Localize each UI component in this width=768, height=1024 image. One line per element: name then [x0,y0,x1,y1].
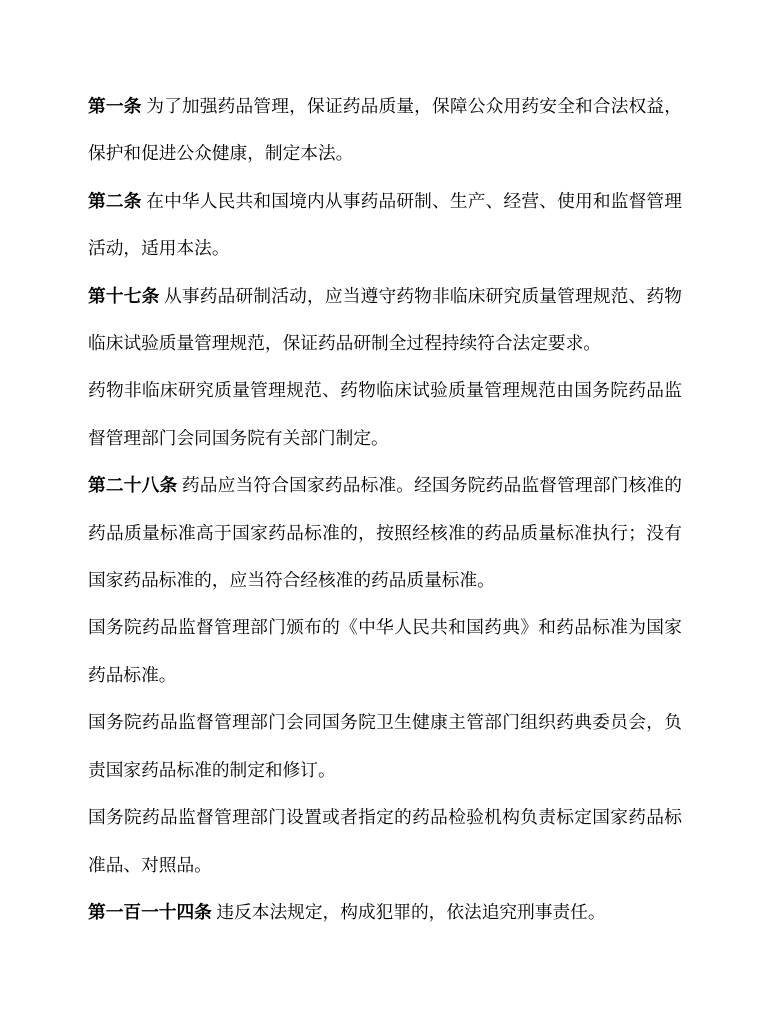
paragraph-text: 国务院药品监督管理部门设置或者指定的药品检验机构负责标定国家药品标准品、对照品。 [88,807,682,874]
law-paragraph: 第一条为了加强药品管理，保证药品质量，保障公众用药安全和合法权益，保护和促进公众… [88,83,682,178]
paragraph-text: 药品应当符合国家药品标准。经国务院药品监督管理部门核准的药品质量标准高于国家药品… [88,475,682,590]
article-number: 第一百一十四条 [88,902,212,922]
article-number: 第十七条 [88,286,159,306]
law-paragraph: 国务院药品监督管理部门会同国务院卫生健康主管部门组织药典委员会，负责国家药品标准… [88,699,682,794]
document-page: 第一条为了加强药品管理，保证药品质量，保障公众用药安全和合法权益，保护和促进公众… [0,0,768,1024]
paragraph-text: 在中华人民共和国境内从事药品研制、生产、经营、使用和监督管理活动，适用本法。 [88,191,682,258]
law-paragraph: 国务院药品监督管理部门设置或者指定的药品检验机构负责标定国家药品标准品、对照品。 [88,794,682,889]
paragraph-text: 药物非临床研究质量管理规范、药物临床试验质量管理规范由国务院药品监督管理部门会同… [88,380,682,447]
paragraph-text: 为了加强药品管理，保证药品质量，保障公众用药安全和合法权益，保护和促进公众健康，… [88,96,682,163]
law-paragraph: 第二十八条药品应当符合国家药品标准。经国务院药品监督管理部门核准的药品质量标准高… [88,462,682,604]
article-number: 第一条 [88,96,142,116]
paragraph-text: 违反本法规定，构成犯罪的，依法追究刑事责任。 [216,902,605,922]
article-number: 第二条 [88,191,142,211]
law-paragraph: 药物非临床研究质量管理规范、药物临床试验质量管理规范由国务院药品监督管理部门会同… [88,367,682,462]
document-body: 第一条为了加强药品管理，保证药品质量，保障公众用药安全和合法权益，保护和促进公众… [88,83,682,936]
law-paragraph: 国务院药品监督管理部门颁布的《中华人民共和国药典》和药品标准为国家药品标准。 [88,604,682,699]
paragraph-text: 从事药品研制活动，应当遵守药物非临床研究质量管理规范、药物临床试验质量管理规范，… [88,286,682,353]
law-paragraph: 第十七条从事药品研制活动，应当遵守药物非临床研究质量管理规范、药物临床试验质量管… [88,273,682,368]
article-number: 第二十八条 [88,475,177,495]
paragraph-text: 国务院药品监督管理部门会同国务院卫生健康主管部门组织药典委员会，负责国家药品标准… [88,712,682,779]
law-paragraph: 第一百一十四条违反本法规定，构成犯罪的，依法追究刑事责任。 [88,889,682,936]
law-paragraph: 第二条在中华人民共和国境内从事药品研制、生产、经营、使用和监督管理活动，适用本法… [88,178,682,273]
paragraph-text: 国务院药品监督管理部门颁布的《中华人民共和国药典》和药品标准为国家药品标准。 [88,617,682,684]
